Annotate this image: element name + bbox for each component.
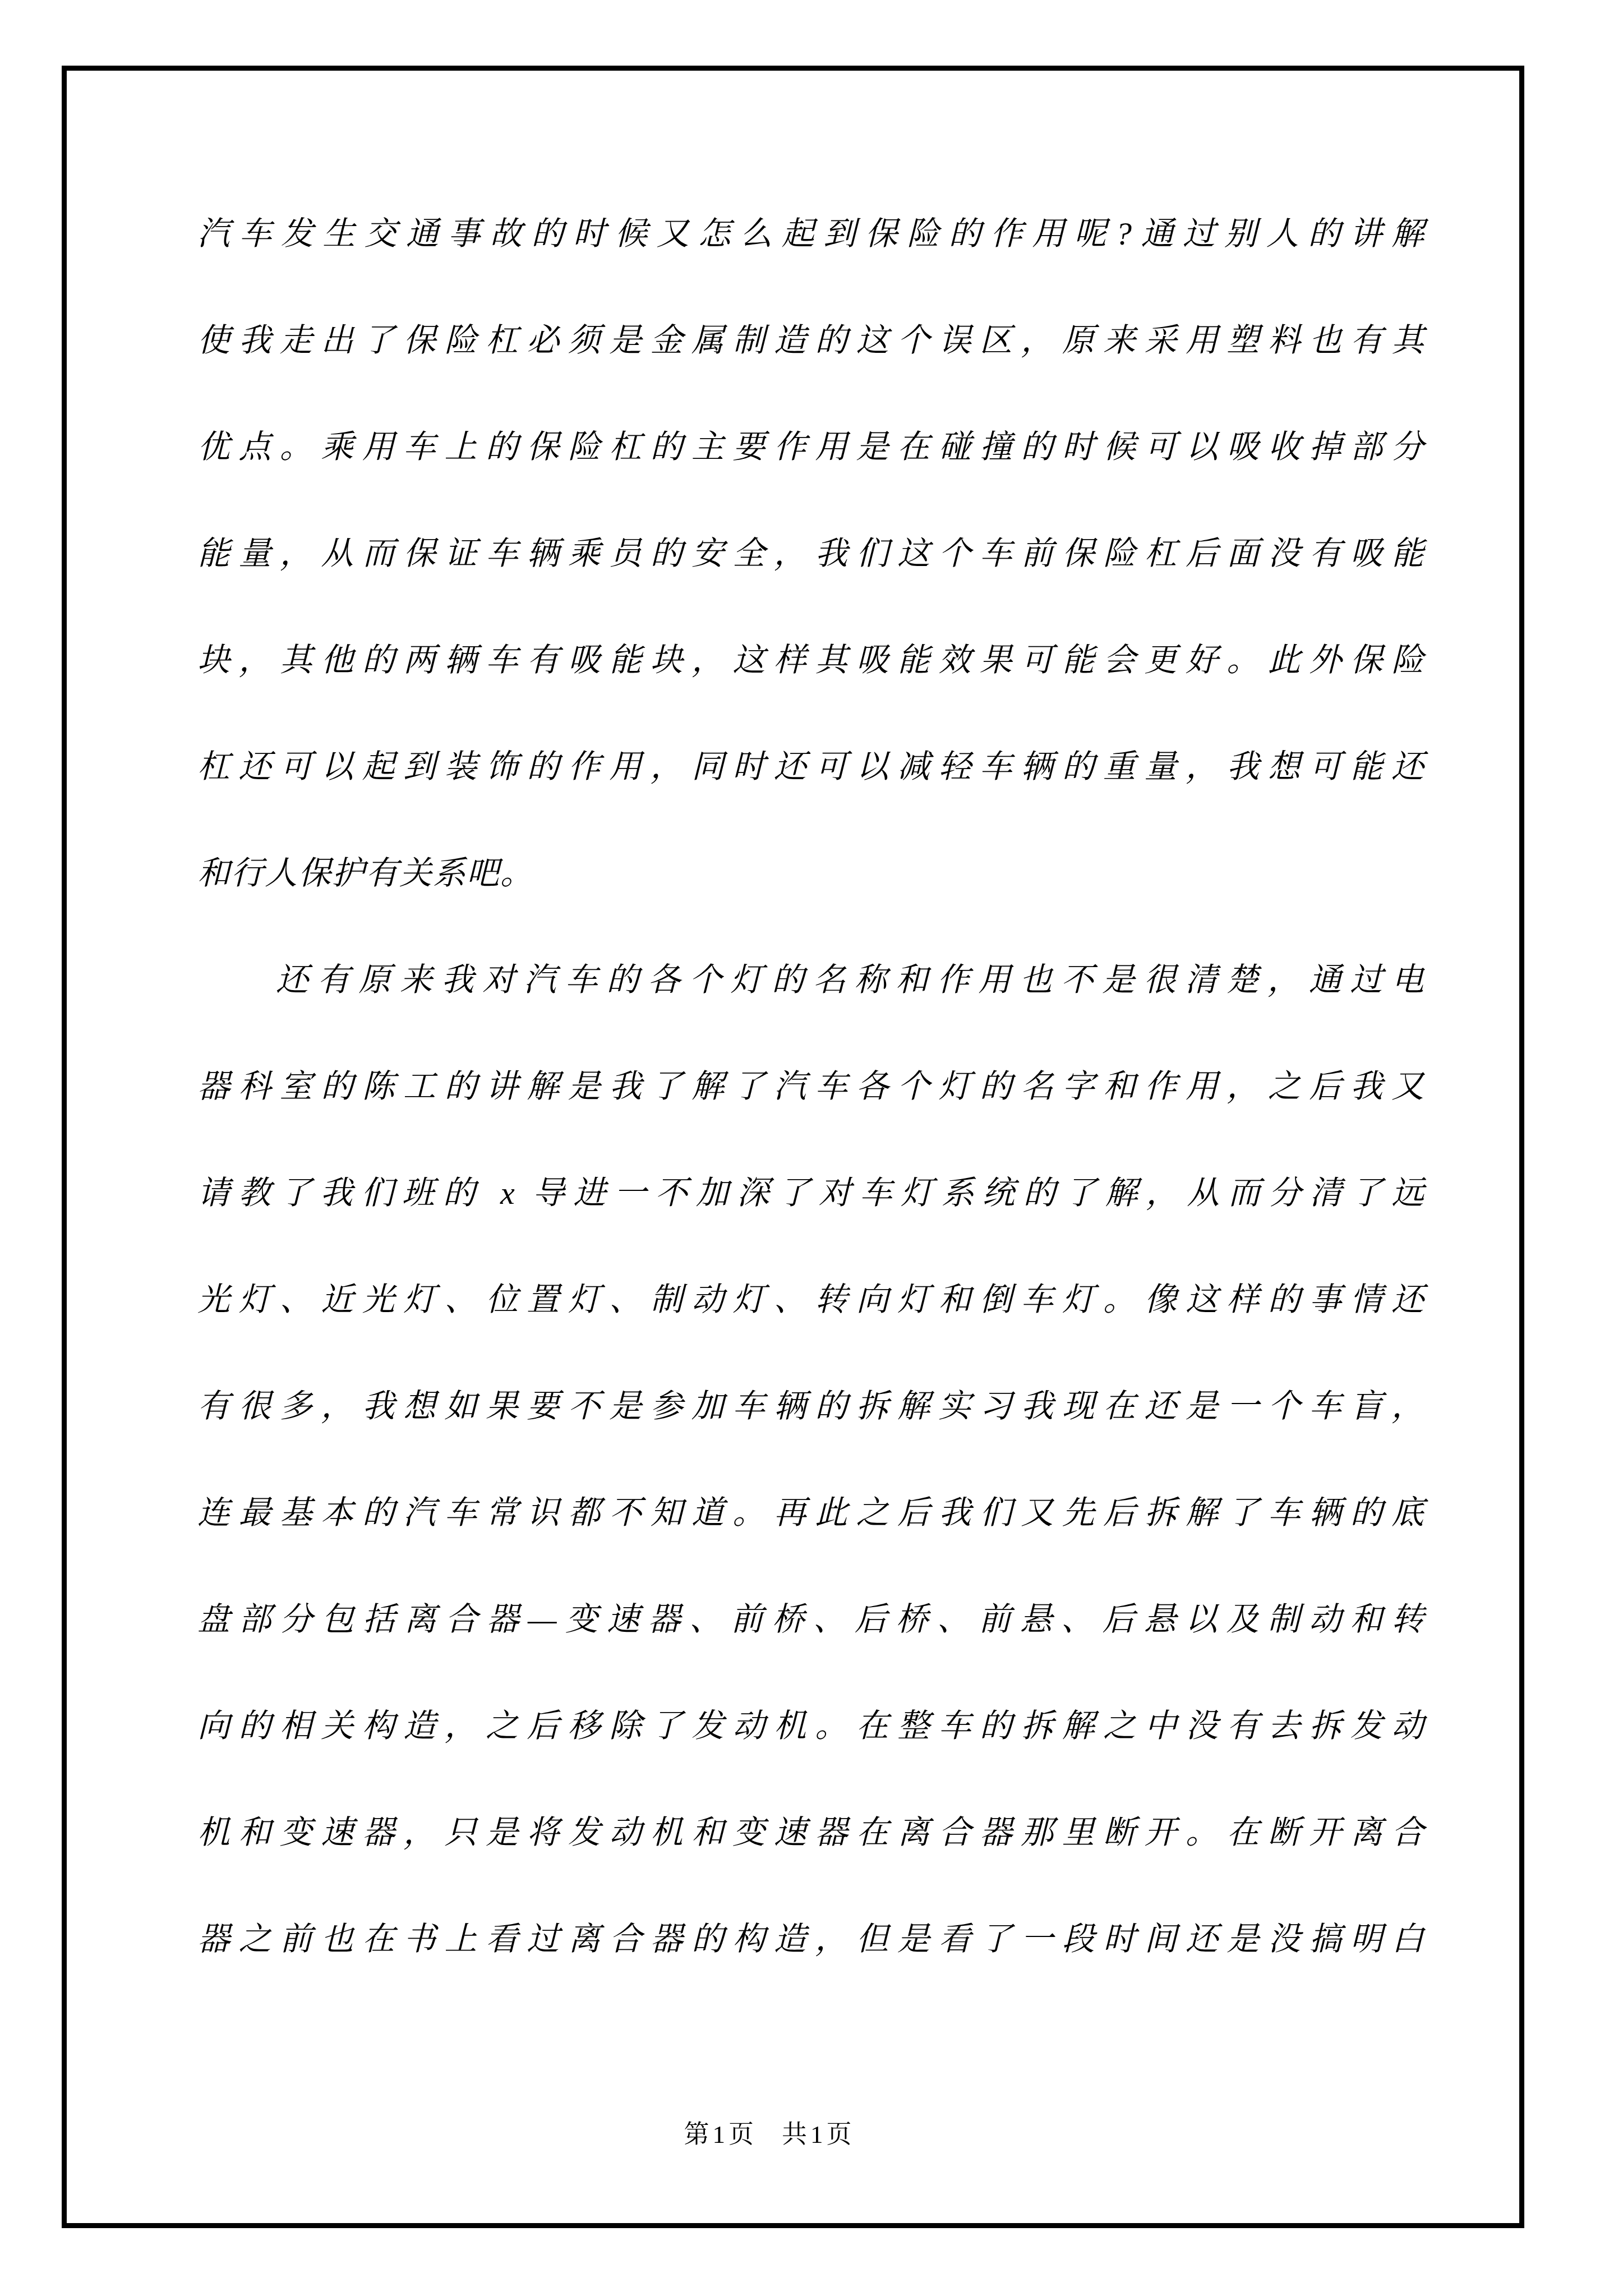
text-line: 连最基本的汽车常识都不知道。再此之后我们又先后拆解了车辆的底 (197, 1460, 1425, 1566)
text-line: 光灯、近光灯、位置灯、制动灯、转向灯和倒车灯。像这样的事情还 (197, 1246, 1425, 1353)
text-line: 能量，从而保证车辆乘员的安全，我们这个车前保险杠后面没有吸能 (197, 500, 1425, 607)
text-line: 优点。乘用车上的保险杠的主要作用是在碰撞的时候可以吸收掉部分 (197, 394, 1425, 500)
footer-page-current: 第1页 (684, 2114, 757, 2150)
text-line: 盘部分包括离合器—变速器、前桥、后桥、前悬、后悬以及制动和转 (197, 1566, 1425, 1673)
text-line: 器科室的陈工的讲解是我了解了汽车各个灯的名字和作用，之后我又 (197, 1033, 1425, 1140)
text-line: 汽车发生交通事故的时候又怎么起到保险的作用呢?通过别人的讲解 (197, 181, 1425, 287)
page-border-frame: 汽车发生交通事故的时候又怎么起到保险的作用呢?通过别人的讲解使我走出了保险杠必须… (62, 66, 1524, 2228)
text-line: 块，其他的两辆车有吸能块，这样其吸能效果可能会更好。此外保险 (197, 607, 1425, 714)
text-line: 还有原来我对汽车的各个灯的名称和作用也不是很清楚，通过电 (197, 927, 1425, 1033)
body-text-block: 汽车发生交通事故的时候又怎么起到保险的作用呢?通过别人的讲解使我走出了保险杠必须… (67, 71, 1519, 1993)
document-page: 汽车发生交通事故的时候又怎么起到保险的作用呢?通过别人的讲解使我走出了保险杠必须… (0, 0, 1623, 2296)
text-line: 杠还可以起到装饰的作用，同时还可以减轻车辆的重量，我想可能还 (197, 714, 1425, 820)
page-footer: 第1页 共1页 (43, 2114, 1496, 2150)
text-line: 机和变速器，只是将发动机和变速器在离合器那里断开。在断开离合 (197, 1779, 1425, 1886)
text-line: 请教了我们班的 x 导进一不加深了对车灯系统的了解，从而分清了远 (197, 1140, 1425, 1246)
footer-gap (757, 2114, 782, 2150)
text-line: 有很多，我想如果要不是参加车辆的拆解实习我现在还是一个车盲， (197, 1353, 1425, 1460)
text-line: 和行人保护有关系吧。 (197, 820, 1425, 927)
text-line: 向的相关构造，之后移除了发动机。在整车的拆解之中没有去拆发动 (197, 1673, 1425, 1779)
text-line: 使我走出了保险杠必须是金属制造的这个误区，原来采用塑料也有其 (197, 287, 1425, 394)
text-line: 器之前也在书上看过离合器的构造，但是看了一段时间还是没搞明白 (197, 1886, 1425, 1993)
footer-page-total: 共1页 (782, 2114, 855, 2150)
